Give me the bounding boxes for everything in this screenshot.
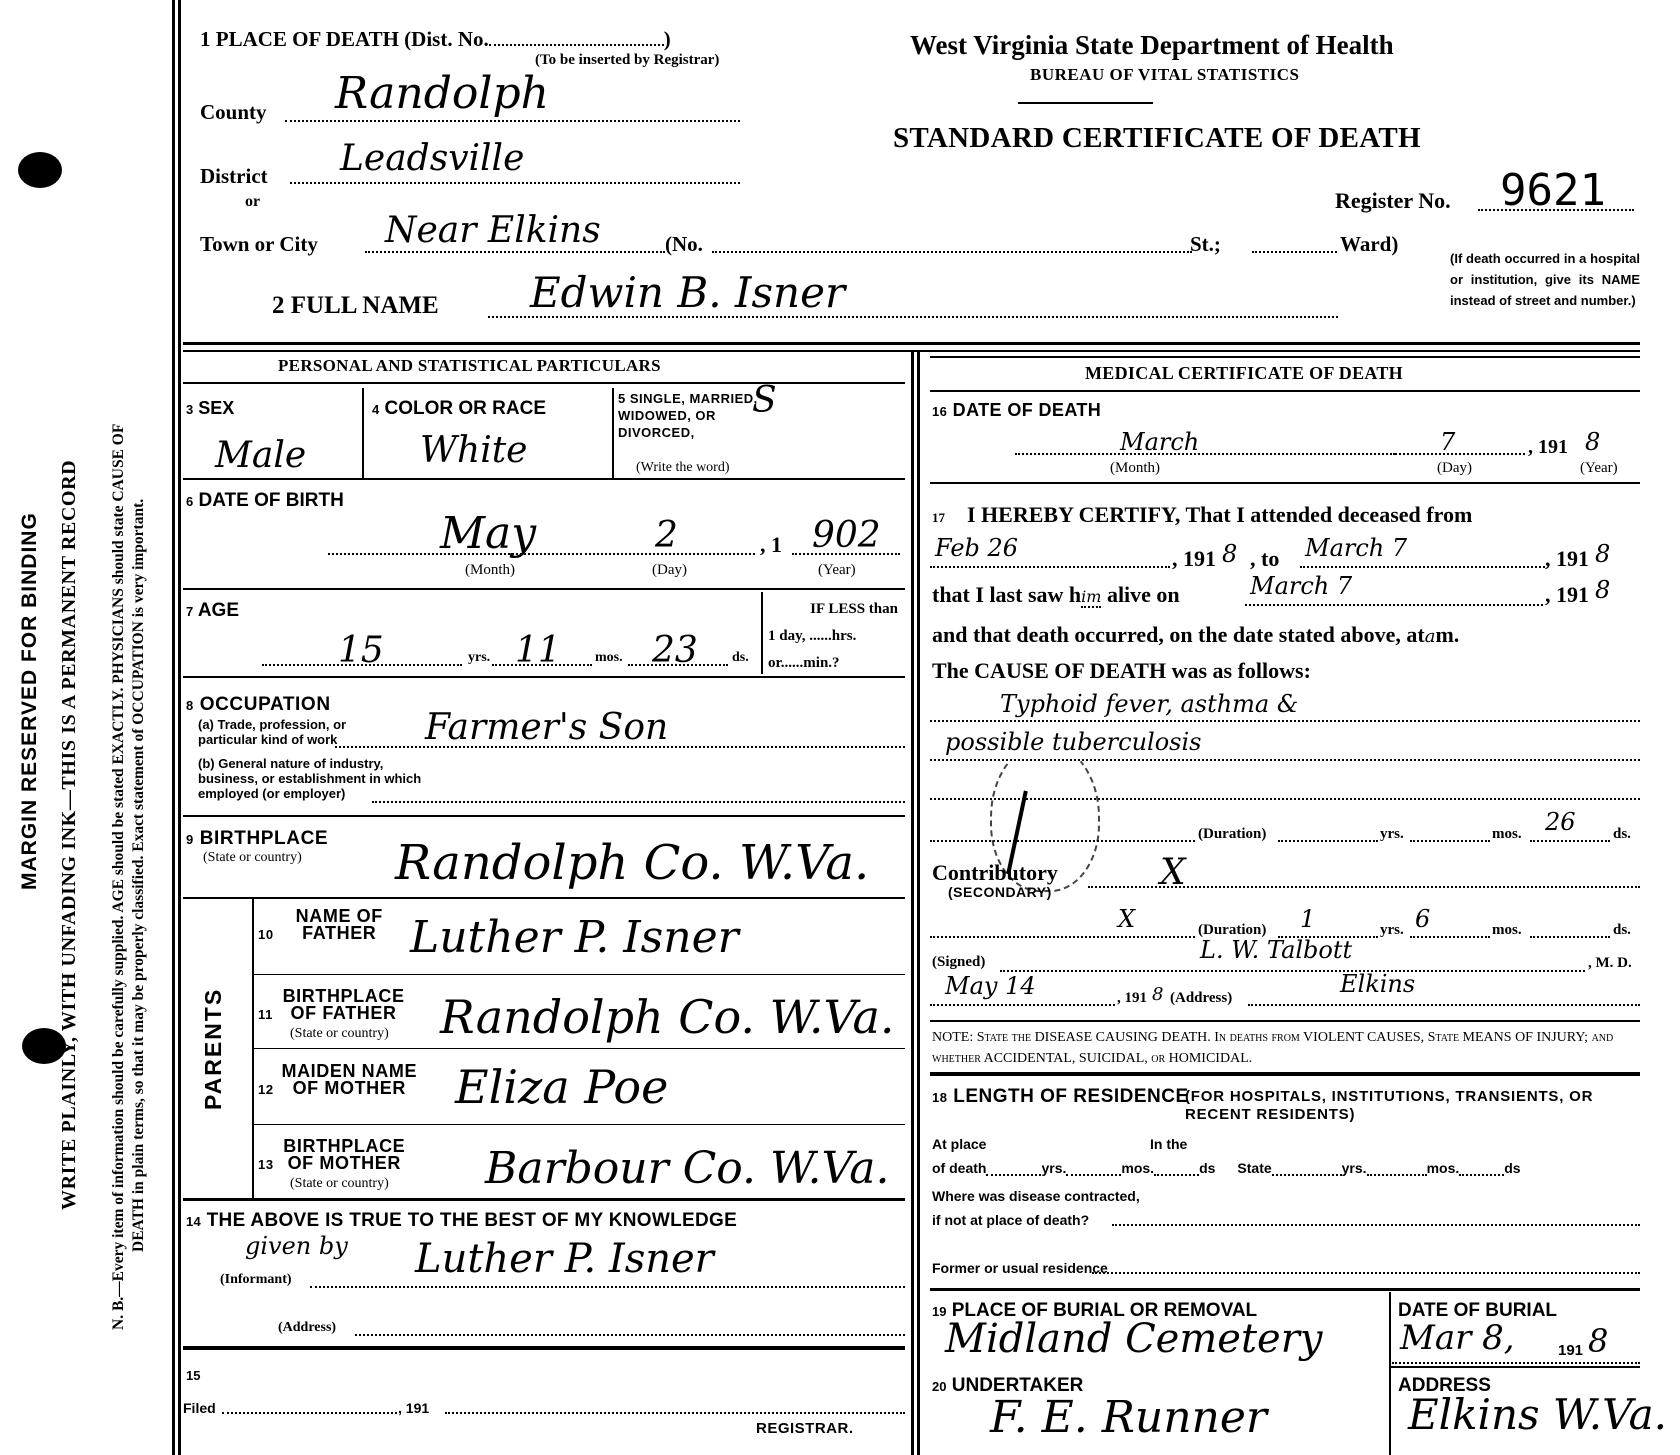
contributory-label: Contributory (932, 860, 1058, 886)
dob-day-value: 2 (655, 515, 678, 556)
mother-birthplace-label: 13 BIRTHPLACE OF MOTHER (258, 1138, 409, 1172)
dod-day-value: 7 (1440, 428, 1455, 456)
rule (183, 676, 905, 678)
medical-section-title: MEDICAL CERTIFICATE OF DEATH (1085, 363, 1403, 384)
register-no-value: 9621 (1500, 165, 1606, 216)
father-birthplace-hint: (State or country) (290, 1026, 389, 1042)
left-border-inner (178, 0, 181, 1455)
dob-year-prefix: , 1 (760, 532, 782, 558)
rule (183, 1198, 905, 1201)
former-residence-label: Former or usual residence (932, 1260, 1108, 1276)
less-than-day-note: IF LESS than 1 day, ......hrs. or......m… (768, 596, 898, 677)
day-hint: (Day) (652, 562, 687, 579)
primary-duration-days: 26 (1545, 808, 1576, 836)
attended-from-value: Feb 26 (935, 534, 1018, 562)
filed-date-field[interactable] (222, 1400, 397, 1414)
residence-qualifier: (FOR HOSPITALS, INSTITUTIONS, TRANSIENTS… (1185, 1088, 1640, 1124)
physician-address-field[interactable] (1248, 990, 1640, 1006)
physician-signature: L. W. Talbott (1200, 936, 1352, 964)
street-no-field[interactable] (712, 230, 1192, 253)
dist-no-field[interactable] (489, 44, 664, 46)
age-mos-label: mos. (595, 650, 623, 666)
primary-yrs-label: yrs. (1380, 826, 1404, 843)
violent-causes-note: NOTE: State the DISEASE CAUSING DEATH. I… (932, 1027, 1640, 1069)
last-saw-year-prefix: , 191 (1545, 582, 1589, 608)
age-yrs-value: 15 (338, 630, 384, 671)
rule (183, 478, 905, 480)
county-value: Randolph (335, 68, 549, 119)
birthplace-hint: (State or country) (203, 850, 302, 866)
informant-statement: 14 THE ABOVE IS TRUE TO THE BEST OF MY K… (186, 1210, 737, 1232)
rule (930, 1072, 1640, 1076)
department-title: West Virginia State Department of Health (910, 30, 1394, 61)
rule (930, 1020, 1640, 1022)
informant-address-field[interactable] (355, 1320, 905, 1336)
informant-label: (Informant) (220, 1272, 292, 1288)
father-birthplace-value: Randolph Co. W.Va. (440, 990, 895, 1044)
contrib-yrs-label: yrs. (1380, 922, 1404, 939)
dod-year-value: 8 (1585, 428, 1600, 456)
registrar-label: REGISTRAR. (756, 1420, 854, 1437)
primary-mos-label: mos. (1492, 826, 1522, 843)
md-label: , M. D. (1588, 955, 1632, 972)
dod-day-hint: (Day) (1437, 460, 1472, 477)
dod-month-field[interactable] (1015, 437, 1395, 455)
contrib-cause-mark: X (1118, 905, 1135, 933)
attended-to-value: March 7 (1305, 534, 1407, 562)
informant-value: Luther P. Isner (415, 1236, 714, 1282)
rule (1389, 1366, 1640, 1368)
res-place-ds-field[interactable] (1154, 1164, 1199, 1176)
marital-hint: (Write the word) (636, 460, 730, 476)
signed-date-value: May 14 (945, 972, 1036, 1000)
dod-year-hint: (Year) (1580, 460, 1618, 477)
age-yrs-label: yrs. (468, 650, 490, 666)
margin-note-line1: N. B.—Every item of information should b… (110, 424, 128, 1330)
res-state-yrs-field[interactable] (1272, 1164, 1342, 1176)
signed-year-prefix: , 191 (1117, 990, 1147, 1007)
rule (930, 1288, 1640, 1291)
secondary-label: (SECONDARY) (948, 884, 1052, 900)
burial-date-value: Mar 8, (1400, 1318, 1515, 1358)
full-name-label: 2 FULL NAME (272, 292, 439, 320)
physician-address-value: Elkins (1340, 970, 1415, 998)
attended-to-label: , to (1250, 546, 1279, 572)
contrib-duration-days-field[interactable] (1530, 922, 1610, 938)
res-state-mos-field[interactable] (1367, 1164, 1427, 1176)
last-saw-year: 8 (1595, 576, 1610, 604)
header-divider (1018, 102, 1153, 104)
physician-address-label: (Address) (1170, 990, 1232, 1007)
burial-place-value: Midland Cemetery (945, 1316, 1322, 1362)
death-occurred-statement: and that death occurred, on the date sta… (932, 622, 1459, 648)
rule (183, 1346, 905, 1350)
county-label: County (200, 100, 267, 125)
dod-month-value: March (1120, 428, 1199, 456)
contrib-duration-yrs: 1 (1300, 905, 1315, 933)
contrib-ds-label: ds. (1613, 922, 1631, 939)
mother-birthplace-hint: (State or country) (290, 1176, 389, 1192)
left-border-outer (172, 0, 175, 1455)
certify-statement: 17 I HEREBY CERTIFY, That I attended dec… (932, 502, 1472, 528)
rule (254, 1124, 905, 1125)
mother-name-label: 12 MAIDEN NAME OF MOTHER (258, 1063, 419, 1097)
undertaker-value: F. E. Runner (990, 1392, 1267, 1443)
full-name-value: Edwin B. Isner (530, 268, 845, 317)
mother-birthplace-value: Barbour Co. W.Va. (485, 1143, 889, 1194)
dob-month-value: May (440, 508, 536, 559)
birthplace-label: 9 BIRTHPLACE (186, 828, 328, 850)
ward-label: Ward) (1340, 232, 1398, 257)
at-place-label: At place (932, 1136, 986, 1152)
father-birthplace-label: 11 BIRTHPLACE OF FATHER (258, 988, 409, 1022)
burial-year-prefix: 191 (1558, 1342, 1583, 1359)
sex-label: 3 SEX (186, 398, 234, 419)
age-days-value: 23 (652, 630, 698, 671)
burial-divider (1389, 1292, 1391, 1455)
filed-number: 15 (186, 1368, 200, 1383)
rule (254, 1048, 905, 1049)
town-value: Near Elkins (385, 210, 601, 251)
dob-year-value: 902 (812, 515, 881, 556)
res-state-ds-field[interactable] (1459, 1164, 1504, 1176)
sex-value: Male (215, 435, 306, 476)
age-mos-value: 11 (515, 630, 561, 671)
signed-year-value: 8 (1152, 984, 1163, 1005)
in-the-label: In the (1150, 1136, 1187, 1152)
contracted-label-2: if not at place of death? (932, 1212, 1089, 1228)
residence-place-row: of death yrs. mos. ds State yrs. mos. ds (932, 1160, 1640, 1176)
center-divider-left (911, 350, 914, 1455)
race-label: 4 COLOR OR RACE (372, 398, 546, 420)
contracted-field[interactable] (1112, 1212, 1640, 1226)
dod-day-field[interactable] (1395, 437, 1525, 455)
rule (254, 974, 905, 975)
place-of-death-label: 1 PLACE OF DEATH (Dist. No.) (200, 27, 671, 52)
attended-from-year-prefix: , 191 (1172, 546, 1216, 572)
occupation-value: Farmer's Son (425, 707, 668, 748)
attended-from-year: 8 (1222, 540, 1237, 568)
st-label: St.; (1190, 232, 1221, 257)
or-label: or (245, 193, 260, 211)
district-value: Leadsville (340, 138, 524, 179)
race-value: White (420, 430, 527, 471)
undertaker-address-value: Elkins W.Va. (1408, 1390, 1667, 1439)
month-hint: (Month) (465, 562, 515, 579)
register-no-label: Register No. (1335, 188, 1451, 214)
margin-binding-text: MARGIN RESERVED FOR BINDING (18, 512, 42, 890)
mother-name-value: Eliza Poe (455, 1060, 668, 1114)
primary-ds-label: ds. (1613, 826, 1631, 843)
occupation-b-field[interactable] (372, 789, 905, 803)
binding-hole-top (18, 152, 62, 188)
signed-label: (Signed) (932, 954, 985, 971)
margin-note-line2: DEATH in plain terms, so that it may be … (130, 499, 148, 1252)
rule (930, 356, 1640, 358)
rule (612, 388, 614, 478)
res-place-yrs-field[interactable] (986, 1164, 1041, 1176)
informant-given-by: given by (245, 1232, 348, 1260)
attended-to-year: 8 (1595, 540, 1610, 568)
cause-of-death-label: The CAUSE OF DEATH was as follows: (932, 658, 1311, 684)
marital-value: S (752, 380, 777, 421)
rule (761, 592, 763, 674)
parents-divider (252, 899, 254, 1199)
personal-section-title: PERSONAL AND STATISTICAL PARTICULARS (278, 356, 661, 376)
ward-field[interactable] (1252, 230, 1337, 253)
rule (183, 815, 905, 817)
primary-duration-mos-field[interactable] (1410, 826, 1490, 842)
contracted-label-1: Where was disease contracted, (932, 1188, 1140, 1204)
registrar-note: (To be inserted by Registrar) (535, 52, 719, 69)
filed-year-prefix: , 191 (398, 1400, 429, 1416)
residence-label: 18 LENGTH OF RESIDENCE (932, 1086, 1189, 1108)
rule (930, 482, 1640, 484)
father-name-label: 10 NAME OF FATHER (258, 908, 399, 942)
former-residence-field[interactable] (1092, 1260, 1640, 1274)
center-divider-right (917, 350, 920, 1455)
year-hint: (Year) (818, 562, 856, 579)
last-saw-label: that I last saw him alive on (932, 582, 1180, 608)
father-name-value: Luther P. Isner (410, 912, 739, 963)
street-no-label: (No. (665, 232, 703, 257)
section-top-rule-1 (183, 342, 1640, 345)
filed-year-field[interactable] (445, 1400, 905, 1414)
age-days-label: ds. (732, 650, 749, 666)
parents-side-label: PARENTS (200, 988, 227, 1110)
rule (183, 897, 905, 899)
contrib-cause-field[interactable] (930, 922, 1195, 938)
res-place-mos-field[interactable] (1066, 1164, 1121, 1176)
filed-label: Filed (183, 1400, 216, 1416)
dod-label: 16 DATE OF DEATH (932, 400, 1101, 421)
contrib-mos-label: mos. (1492, 922, 1522, 939)
burial-year-value: 8 (1588, 1322, 1608, 1360)
bureau-title: BUREAU OF VITAL STATISTICS (1030, 65, 1300, 85)
margin-permanent-record-text: WRITE PLAINLY, WITH UNFADING INK—THIS IS… (58, 460, 81, 1210)
informant-address-label: (Address) (278, 1320, 336, 1336)
attended-to-year-prefix: , 191 (1545, 546, 1589, 572)
primary-duration-label: (Duration) (1198, 826, 1266, 843)
contributory-value: X (1160, 852, 1186, 893)
rule (362, 388, 364, 478)
dod-month-hint: (Month) (1110, 460, 1160, 477)
age-label: 7 AGE (186, 600, 239, 622)
last-saw-date-value: March 7 (1250, 572, 1352, 600)
birthplace-value: Randolph Co. W.Va. (395, 835, 869, 891)
dob-label: 6 DATE OF BIRTH (186, 490, 344, 512)
rule (183, 382, 905, 384)
hospital-note: (If death occurred in a hospital or inst… (1450, 248, 1640, 311)
town-label: Town or City (200, 232, 318, 257)
rule (930, 390, 1640, 392)
contrib-duration-mos: 6 (1415, 905, 1430, 933)
primary-duration-field[interactable] (930, 826, 1195, 842)
certificate-title: STANDARD CERTIFICATE OF DEATH (893, 122, 1421, 155)
rule (183, 588, 905, 590)
primary-duration-yrs-field[interactable] (1278, 826, 1378, 842)
cause-line1-value: Typhoid fever, asthma & (1000, 690, 1298, 718)
occupation-label: 8 OCCUPATION (186, 694, 331, 716)
dod-year-prefix: , 191 (1528, 436, 1568, 459)
district-label: District (200, 164, 268, 189)
